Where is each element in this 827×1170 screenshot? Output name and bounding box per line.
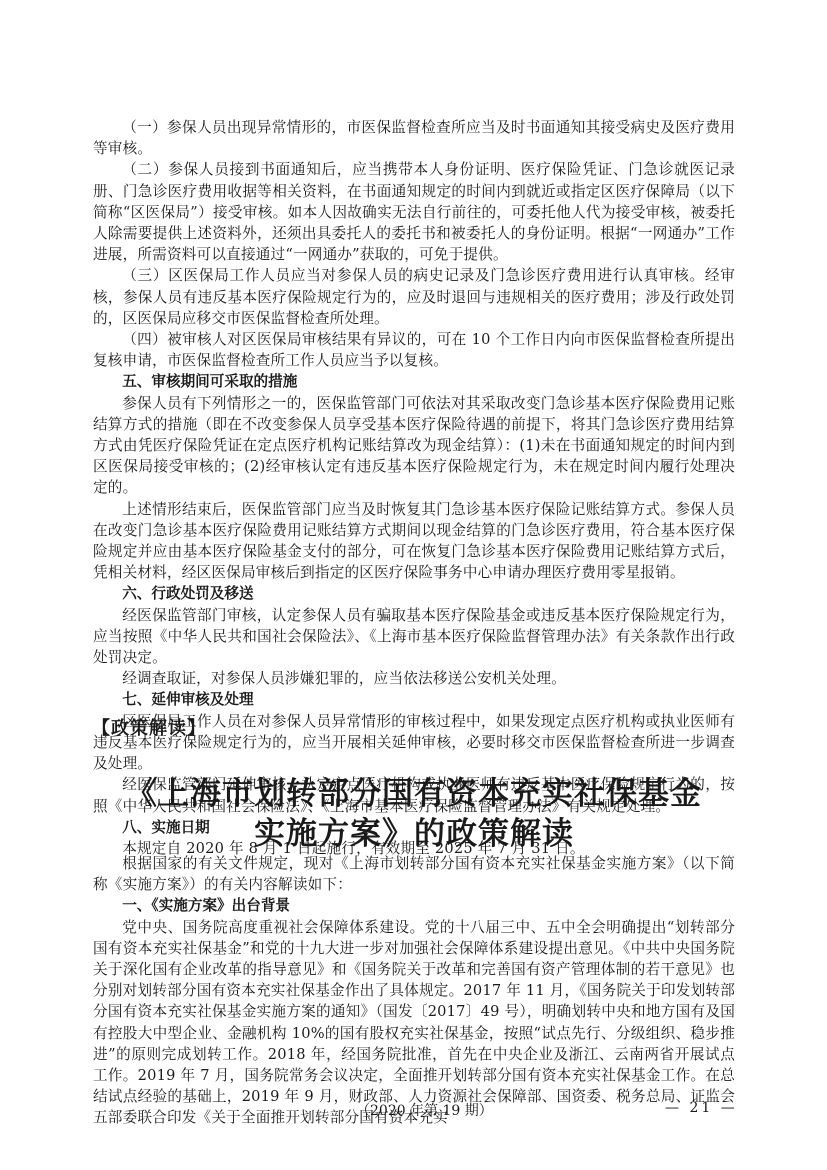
article-title: 《上海市划转部分国有资本充实社保基金 实施方案》的政策解读: [93, 774, 735, 854]
paragraph: （二）参保人员接到书面通知后，应当携带本人身份证明、医疗保险凭证、门急诊就医记录…: [93, 159, 735, 265]
column-tag: 【政策解读】: [92, 714, 206, 740]
paragraph: （一）参保人员出现异常情形的，市医保监督检查所应当及时书面通知其接受病史及医疗费…: [93, 117, 735, 159]
section-heading: 六、行政处罚及移送: [93, 583, 735, 604]
issue-label: （2020 年第 19 期）: [356, 1100, 493, 1120]
article-title-line-2: 实施方案》的政策解读: [93, 814, 735, 854]
paragraph: 根据国家的有关文件规定，现对《上海市划转部分国有资本充实社保基金实施方案》（以下…: [93, 853, 735, 895]
article-title-line-1: 《上海市划转部分国有资本充实社保基金: [93, 774, 735, 814]
paragraph: 经调查取证，对参保人员涉嫌犯罪的，应当依法移送公安机关处理。: [93, 668, 735, 689]
page-number: — 21 —: [665, 1100, 738, 1116]
paragraph: 经医保监管部门审核，认定参保人员有骗取基本医疗保险基金或违反基本医疗保险规定行为…: [93, 605, 735, 669]
paragraph: （四）被审核人对区医保局审核结果有异议的，可在 10 个工作日内向市医保监督检查…: [93, 329, 735, 371]
regulation-continuation: （一）参保人员出现异常情形的，市医保监督检查所应当及时书面通知其接受病史及医疗费…: [93, 117, 735, 859]
section-heading: 七、延伸审核及处理: [93, 689, 735, 710]
paragraph: 参保人员有下列情形之一的，医保监管部门可依法对其采取改变门急诊基本医疗保险费用记…: [93, 393, 735, 499]
section-heading: 一、《实施方案》出台背景: [93, 895, 735, 916]
article-body: 根据国家的有关文件规定，现对《上海市划转部分国有资本充实社保基金实施方案》（以下…: [93, 853, 735, 1129]
paragraph: 党中央、国务院高度重视社会保障体系建设。党的十八届三中、五中全会明确提出“划转部…: [93, 917, 735, 1129]
section-heading: 五、审核期间可采取的措施: [93, 371, 735, 392]
paragraph: 上述情形结束后，医保监管部门应当及时恢复其门急诊基本医疗保险记账结算方式。参保人…: [93, 499, 735, 584]
paragraph: （三）区医保局工作人员应当对参保人员的病史记录及门急诊医疗费用进行认真审核。经审…: [93, 265, 735, 329]
